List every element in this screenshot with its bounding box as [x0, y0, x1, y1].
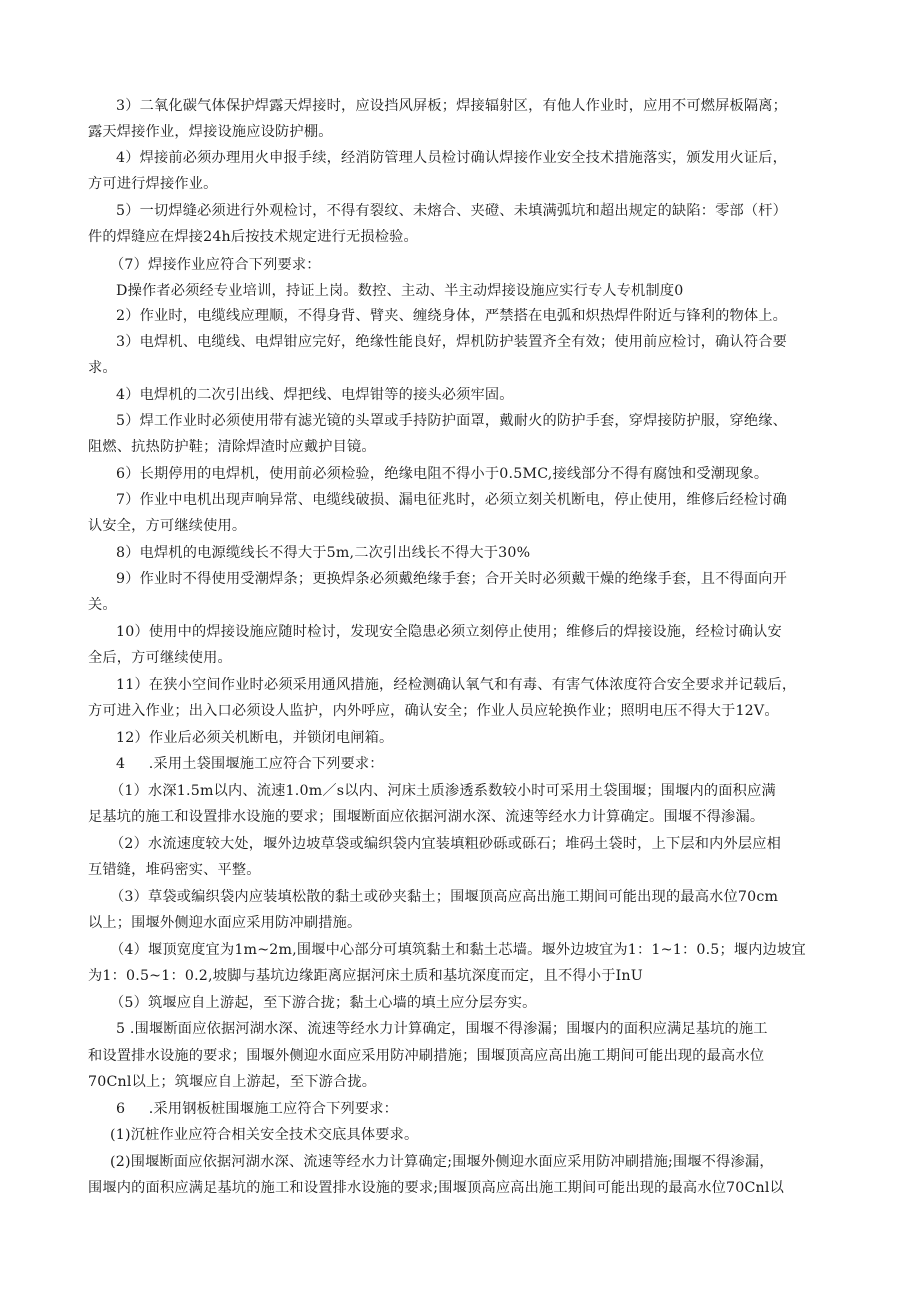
paragraph-line: 方可进行焊接作业。 — [88, 174, 218, 194]
paragraph-line: 为1：0.5~1：0.2,坡脚与基坑边缘距离应据河床土质和基坑深度而定，且不得小… — [88, 966, 643, 986]
paragraph-line: 70Cnl以上；筑堰应自上游起，至下游合拢。 — [88, 1072, 376, 1092]
paragraph-line: 足基坑的施工和设置排水设施的要求；围堰断面应依据河湖水深、流速等经水力计算确定。… — [88, 807, 764, 827]
paragraph-line: 9）作业时不得使用受潮焊条；更换焊条必须戴绝缘手套；合开关时必须戴干燥的绝缘手套… — [116, 569, 787, 589]
paragraph-line: 4）焊接前必须办理用火申报手续，经消防管理人员检讨确认焊接作业安全技术措施落实，… — [116, 148, 787, 168]
paragraph-line: 10）使用中的焊接设施应随时检讨，发现安全隐患必须立刻停止使用；维修后的焊接设施… — [116, 622, 782, 642]
paragraph-line: 8）电焊机的电源缆线长不得大于5m,二次引出线长不得大于30% — [116, 543, 530, 563]
paragraph-line: (2)围堰断面应依据河湖水深、流速等经水力计算确定;围堰外侧迎水面应采用防冲刷措… — [110, 1152, 774, 1172]
paragraph-line: 5）一切焊缝必须进行外观检讨，不得有裂纹、未熔合、夹磴、未填满弧坑和超出规定的缺… — [116, 201, 787, 221]
paragraph-line: 11）在狭小空间作业时必须采用通风措施，经检测确认氧气和有毒、有害气体浓度符合安… — [116, 675, 796, 695]
paragraph-line: 件的焊缝应在焊接24h后按技术规定进行无损检验。 — [88, 227, 418, 247]
paragraph-line: 关。 — [88, 595, 117, 615]
paragraph-line: 5 .围堰断面应依据河湖水深、流速等经水力计算确定，围堰不得渗漏；围堰内的面积应… — [116, 1019, 768, 1039]
paragraph-line: (1)沉桩作业应符合相关安全技术交底具体要求。 — [110, 1125, 418, 1145]
paragraph-line: 围堰内的面积应满足基坑的施工和设置排水设施的要求;围堰顶高应高出施工期间可能出现… — [88, 1178, 784, 1198]
paragraph-line: （7）焊接作业应符合下列要求： — [110, 255, 321, 275]
paragraph-line: 以上；围堰外侧迎水面应采用防冲刷措施。 — [88, 913, 361, 933]
paragraph-line: 露天焊接作业，焊接设施应设防护棚。 — [88, 122, 333, 142]
paragraph-line: 2）作业时，电缆线应理顺，不得身背、臂夹、缠绕身体，严禁搭在电弧和炽热焊件附近与… — [116, 306, 787, 326]
paragraph-line: 和设置排水设施的要求；围堰外侧迎水面应采用防冲刷措施；围堰顶高应高出施工期间可能… — [88, 1046, 764, 1066]
paragraph-line: 3）二氧化碳气体保护焊露天焊接时，应设挡风屏板；焊接辐射区，有他人作业时，应用不… — [116, 96, 787, 116]
paragraph-line: 5）焊工作业时必须使用带有滤光镜的头罩或手持防护面罩，戴耐火的防护手套，穿焊接防… — [116, 411, 787, 431]
paragraph-line: 3）电焊机、电缆线、电焊钳应完好，绝缘性能良好，焊机防护装置齐全有效；使用前应检… — [116, 332, 787, 352]
paragraph-line: （4）堰顶宽度宜为1m~2m,围堰中心部分可填筑黏土和黏土芯墙。堰外边坡宜为1：… — [110, 940, 806, 960]
paragraph-line: 求。 — [88, 358, 117, 378]
paragraph-line: 方可进入作业；出入口必须设人监护，内外呼应，确认安全；作业人员应轮换作业；照明电… — [88, 701, 779, 721]
paragraph-line: 12）作业后必须关机断电，并锁闭电闸箱。 — [116, 728, 393, 748]
paragraph-line: 4 .采用土袋围堰施工应符合下列要求： — [116, 754, 384, 774]
paragraph-line: （1）水深1.5m以内、流速1.0m／s以内、河床土质渗透系数较小时可采用土袋围… — [110, 781, 776, 801]
paragraph-line: 7）作业中电机出现声响异常、电缆线破损、漏电征兆时，必须立刻关机断电，停止使用，… — [116, 490, 787, 510]
paragraph-line: D操作者必须经专业培训，持证上岗。数控、主动、半主动焊接设施应实行专人专机制度0 — [116, 281, 684, 301]
paragraph-line: 认安全，方可继续使用。 — [88, 516, 246, 536]
paragraph-line: 阻燃、抗热防护鞋；清除焊渣时应戴护目镜。 — [88, 437, 376, 457]
paragraph-line: 全后，方可继续使用。 — [88, 648, 232, 668]
paragraph-line: 6 .采用钢板桩围堰施工应符合下列要求： — [116, 1099, 398, 1119]
paragraph-line: （2）水流速度较大处，堰外边坡草袋或编织袋内宜装填粗砂砾或砾石；堆码土袋时，上下… — [110, 834, 781, 854]
paragraph-line: （5）筑堰应自上游起，至下游合拢；黏土心墙的填土应分层夯实。 — [110, 993, 536, 1013]
paragraph-line: 4）电焊机的二次引出线、焊把线、电焊钳等的接头必须牢固。 — [116, 385, 514, 405]
paragraph-line: 6）长期停用的电焊机，使用前必须检验，绝缘电阻不得小于0.5MC,接线部分不得有… — [116, 464, 768, 484]
paragraph-line: （3）草袋或编织袋内应装填松散的黏土或砂夹黏土；围堰顶高应高出施工期间可能出现的… — [110, 887, 778, 907]
paragraph-line: 互错缝，堆码密实、平整。 — [88, 860, 261, 880]
